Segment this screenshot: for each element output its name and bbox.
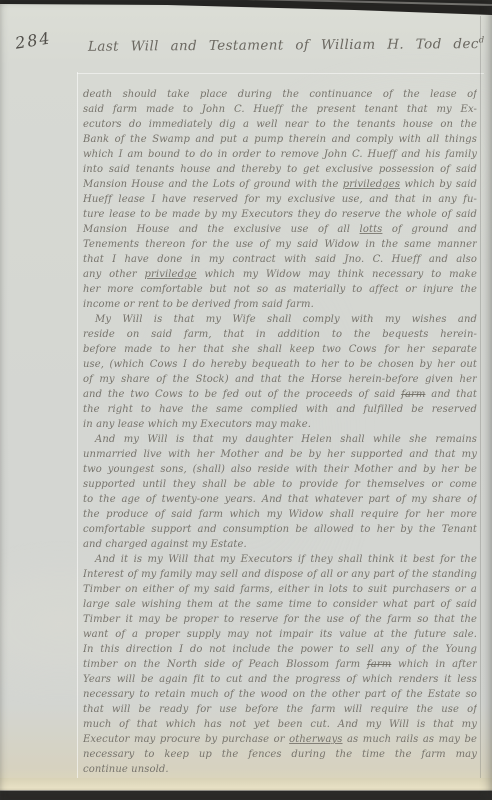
text-line: death should take place during the conti… — [83, 87, 477, 102]
text-line: of my share of the Stock) and that the H… — [83, 372, 477, 387]
page-title-text: Last Will and Testament of William H. To… — [88, 36, 479, 55]
text-line: before made to her that she shall keep t… — [83, 342, 477, 357]
text-line: supported until they shall be able to pr… — [83, 477, 477, 492]
text-line: the right to have the same complied with… — [83, 402, 477, 417]
text-line: ture lease to be made by my Executors th… — [83, 207, 477, 222]
text-line: want of a proper supply may not impair i… — [83, 627, 477, 642]
text-line: In this direction I do not include the p… — [83, 642, 477, 657]
text-line: Mansion House and the exclusive use of a… — [83, 222, 477, 237]
text-line: timber on the North side of Peach Blosso… — [83, 657, 477, 672]
text-line: much of that which has not yet been cut.… — [83, 717, 477, 732]
text-line: large sale wishing them at the same time… — [83, 597, 477, 612]
text-line: necessary to retain much of the wood on … — [83, 687, 477, 702]
text-line: Bank of the Swamp and put a pump therein… — [83, 132, 477, 147]
text-line: said farm made to John C. Hueff the pres… — [83, 102, 477, 117]
page-number: 284 — [14, 28, 53, 52]
text-line: And it is my Will that my Executors if t… — [83, 552, 477, 567]
text-line: and charged against my Estate. — [83, 537, 477, 552]
scan-bottom-edge — [0, 790, 492, 800]
text-line: continue unsold. — [83, 762, 477, 777]
text-line: which I am bound to do in order to remov… — [83, 147, 477, 162]
text-line: and the two Cows to be fed out of the pr… — [83, 387, 477, 402]
text-line: Hueff lease I have reserved for my exclu… — [83, 192, 477, 207]
margin-rule-right — [480, 16, 481, 778]
text-line: reside on said farm, that in addition to… — [83, 327, 477, 342]
text-line: Executor may procure by purchase or othe… — [83, 732, 477, 747]
text-line: that I have done in my contract with sai… — [83, 252, 477, 267]
page-title: Last Will and Testament of William H. To… — [88, 36, 452, 55]
text-line: any other priviledge which my Widow may … — [83, 267, 477, 282]
text-line: that will be ready for use before the fa… — [83, 702, 477, 717]
text-line: necessary to keep up the fences during t… — [83, 747, 477, 762]
text-line: And my Will is that my daughter Helen sh… — [83, 432, 477, 447]
text-line: unmarried live with her Mother and be by… — [83, 447, 477, 462]
document-body: death should take place during the conti… — [83, 87, 477, 777]
text-line: to the age of twenty-one years. And that… — [83, 492, 477, 507]
text-line: ecutors do immediately dig a well near t… — [83, 117, 477, 132]
text-line: Timber on either of my said farms, eithe… — [83, 582, 477, 597]
text-line: income or rent to be derived from said f… — [83, 297, 477, 312]
text-line: Interest of my family may sell and dispo… — [83, 567, 477, 582]
text-line: Tenements thereon for the use of my said… — [83, 237, 477, 252]
text-line: into said tenants house and thereby to g… — [83, 162, 477, 177]
text-line: comfortable support and consumption be a… — [83, 522, 477, 537]
text-line: her more comfortable but not so as mater… — [83, 282, 477, 297]
text-line: Years will be again fit to cut and the p… — [83, 672, 477, 687]
text-line: Mansion House and the Lots of ground wit… — [83, 177, 477, 192]
text-line: the produce of said farm which my Widow … — [83, 507, 477, 522]
text-line: My Will is that my Wife shall comply wit… — [83, 312, 477, 327]
margin-rule-vertical — [77, 72, 78, 778]
text-line: use, (which Cows I do hereby bequeath to… — [83, 357, 477, 372]
margin-rule-horizontal — [77, 73, 484, 74]
page-title-superscript: d — [479, 36, 485, 46]
text-line: Timber it may be proper to reserve for t… — [83, 612, 477, 627]
text-line: in any lease which my Executors may make… — [83, 417, 477, 432]
scanned-page: 284 Last Will and Testament of William H… — [0, 0, 492, 800]
text-line: two youngest sons, (shall) also reside w… — [83, 462, 477, 477]
